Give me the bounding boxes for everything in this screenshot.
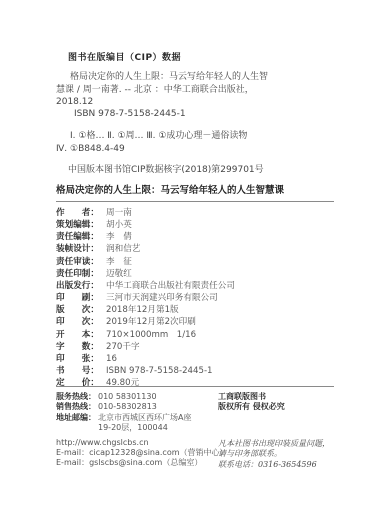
row-label: 地址邮编： [56, 413, 98, 423]
cip-book-line: 2018.12 [56, 96, 334, 108]
email-marketing: E-mail：cicap12328@sina.com（营销中心） [56, 448, 226, 458]
footer-rights-block: 工商联版图书 版权所有 侵权必究 凡本社图书出现印装质量问题， 请与印务部联系。… [218, 392, 348, 471]
row-value: 三河市天润建兴印务有限公司 [106, 292, 218, 304]
colophon-row-format: 开 本：710×1000mm 1/16 [56, 329, 334, 341]
row-label: 开 本： [56, 329, 106, 341]
colophon-row-planning-editor: 策划编辑：胡小英 [56, 219, 334, 231]
colophon-row-printing: 印 次：2019年12月第2次印刷 [56, 316, 334, 328]
row-value: 16 [106, 353, 117, 365]
cip-isbn: ISBN 978-7-5158-2445-1 [56, 108, 334, 120]
row-value: 周一南 [106, 207, 132, 219]
row-value: 李 倩 [106, 231, 132, 243]
cip-book-line: 格局决定你的人生上限：马云写给年轻人的人生智 [56, 71, 334, 83]
quality-note-line: 联系电话：0316-3654596 [218, 460, 348, 471]
colophon-row-print-supervisor: 责任印制：迈敬红 [56, 268, 334, 280]
row-label: 印 刷： [56, 292, 106, 304]
row-label: 版 次： [56, 304, 106, 316]
cip-book-line: 慧课 / 周一南著. -- 北京 ：中华工商联合出版社， [56, 84, 334, 96]
colophon-row-edition: 版 次：2018年12月第1版 [56, 304, 334, 316]
row-value: 010 58301130 [98, 392, 157, 402]
row-value: ISBN 978-7-5158-2445-1 [106, 365, 213, 377]
colophon-row-author: 作 者：周一南 [56, 207, 334, 219]
row-label: 责任印制： [56, 268, 106, 280]
colophon-row-word-count: 字 数：270千字 [56, 341, 334, 353]
row-label: 销售热线： [56, 402, 98, 412]
row-label: 定 价： [56, 377, 106, 389]
row-value: 010-58302813 [98, 402, 157, 412]
colophon-row-price: 定 价：49.80元 [56, 377, 334, 389]
row-label: 服务热线： [56, 392, 98, 402]
row-value: 710×1000mm 1/16 [106, 329, 196, 341]
colophon-row-printer: 印 刷：三河市天润建兴印务有限公司 [56, 292, 334, 304]
row-value: 2018年12月第1版 [106, 304, 179, 316]
book-title: 格局决定你的人生上限：马云写给年轻人的人生智慧课 [56, 185, 334, 202]
address-line-2: 19-20层，100044 [56, 423, 226, 433]
row-value: 胡小英 [106, 219, 132, 231]
copyright-notice: 版权所有 侵权必究 [218, 402, 348, 412]
copyright-page: 图书在版编目（CIP）数据 格局决定你的人生上限：马云写给年轻人的人生智 慧课 … [0, 0, 375, 529]
colophon-block: 格局决定你的人生上限：马云写给年轻人的人生智慧课 作 者：周一南 策划编辑：胡小… [56, 185, 334, 389]
quality-note: 凡本社图书出现印装质量问题， 请与印务部联系。 联系电话：0316-365459… [218, 439, 348, 471]
colophon-row-design: 装帧设计：润和信艺 [56, 243, 334, 255]
cip-classification-line: Ⅰ. ①格… Ⅱ. ①周… Ⅲ. ①成功心理－通俗读物 [56, 130, 334, 142]
colophon-row-proofreader: 责任审读：李 征 [56, 256, 334, 268]
row-label: 印 张： [56, 353, 106, 365]
quality-note-line: 请与印务部联系。 [218, 449, 348, 460]
spacer [56, 120, 334, 130]
row-value: 49.80元 [106, 377, 139, 389]
colophon-row-isbn: 书 号：ISBN 978-7-5158-2445-1 [56, 365, 334, 377]
colophon-rows: 作 者：周一南 策划编辑：胡小英 责任编辑：李 倩 装帧设计：润和信艺 责任审读… [56, 207, 334, 389]
cip-classification-line: Ⅳ. ①B848.4-49 [56, 143, 334, 155]
address-line-1: 地址邮编：北京市西城区西环广场A座 [56, 413, 226, 423]
row-value: 李 征 [106, 256, 132, 268]
publisher-badge: 工商联版图书 [218, 392, 348, 402]
row-label: 作 者： [56, 207, 106, 219]
row-label: 策划编辑： [56, 219, 106, 231]
divider [56, 386, 334, 387]
service-hotline: 服务热线：010 58301130 [56, 392, 226, 402]
row-label: 责任审读： [56, 256, 106, 268]
row-label: 装帧设计： [56, 243, 106, 255]
row-value: 2019年12月第2次印刷 [106, 316, 196, 328]
website-url: http://www.chgslcbs.cn [56, 438, 226, 448]
row-label: 印 次： [56, 316, 106, 328]
row-value: 270千字 [106, 341, 140, 353]
sales-hotline: 销售热线：010-58302813 [56, 402, 226, 412]
colophon-row-publisher: 出版发行：中华工商联合出版社有限责任公司 [56, 280, 334, 292]
row-value: 北京市西城区西环广场A座 [98, 413, 191, 423]
cip-block: 图书在版编目（CIP）数据 格局决定你的人生上限：马云写给年轻人的人生智 慧课 … [56, 52, 334, 176]
row-value: 中华工商联合出版社有限责任公司 [106, 280, 235, 292]
cip-header: 图书在版编目（CIP）数据 [56, 52, 334, 64]
row-label: 出版发行： [56, 280, 106, 292]
colophon-row-responsible-editor: 责任编辑：李 倩 [56, 231, 334, 243]
colophon-row-sheets: 印 张：16 [56, 353, 334, 365]
row-value: 润和信艺 [106, 243, 140, 255]
email-editorial: E-mail：gslscbs@sina.com（总编室） [56, 458, 226, 468]
footer-contact-block: 服务热线：010 58301130 销售热线：010-58302813 地址邮编… [56, 392, 226, 469]
row-label: 字 数： [56, 341, 106, 353]
row-value: 迈敬红 [106, 268, 132, 280]
row-label: 责任编辑： [56, 231, 106, 243]
row-label: 书 号： [56, 365, 106, 377]
quality-note-line: 凡本社图书出现印装质量问题， [218, 439, 348, 450]
cip-record-number: 中国版本图书馆CIP数据核字(2018)第299701号 [56, 164, 334, 176]
